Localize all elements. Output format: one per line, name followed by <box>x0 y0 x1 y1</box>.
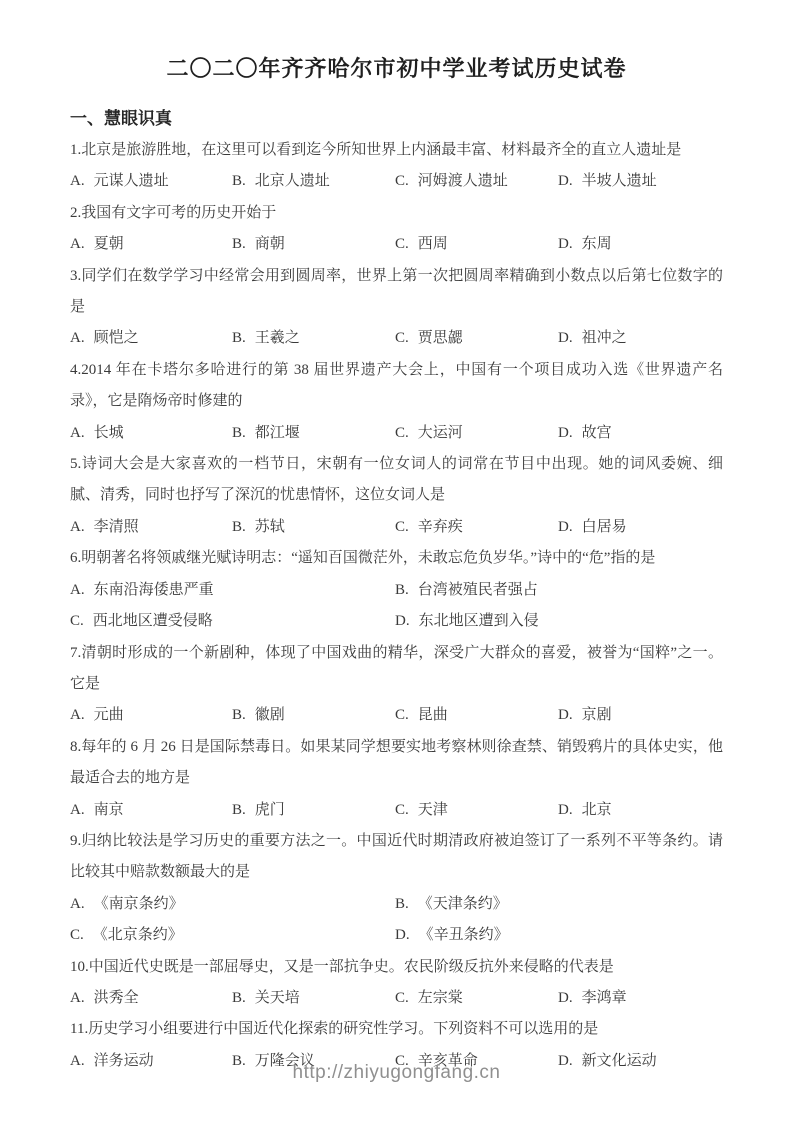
option-text: 左宗棠 <box>418 983 463 1014</box>
option-label: B. <box>232 983 246 1014</box>
option-label: C. <box>70 920 84 951</box>
option-b: B.都江堰 <box>232 418 395 449</box>
option-text: 王羲之 <box>255 323 300 354</box>
option-label: C. <box>395 983 409 1014</box>
options-row: A.南京 B.虎门 C.天津 D.北京 <box>70 795 723 826</box>
option-a: A.李清照 <box>70 512 232 543</box>
option-label: C. <box>395 512 409 543</box>
option-text: 北京 <box>582 795 612 826</box>
options-row: A.洪秀全 B.关天培 C.左宗棠 D.李鸿章 <box>70 983 723 1014</box>
option-c: C.左宗棠 <box>395 983 558 1014</box>
options-row: A.李清照 B.苏轼 C.辛弃疾 D.白居易 <box>70 512 723 543</box>
option-text: 台湾被殖民者强占 <box>418 575 538 606</box>
option-d: D.北京 <box>558 795 723 826</box>
question-list: 1.北京是旅游胜地，在这里可以看到迄今所知世界上内涵最丰富、材料最齐全的直立人遗… <box>70 135 723 1077</box>
option-b: B.台湾被殖民者强占 <box>395 575 723 606</box>
option-label: D. <box>558 983 573 1014</box>
question-1: 1.北京是旅游胜地，在这里可以看到迄今所知世界上内涵最丰富、材料最齐全的直立人遗… <box>70 135 723 198</box>
option-c: C.河姆渡人遗址 <box>395 166 558 197</box>
options-row: A.元谋人遗址 B.北京人遗址 C.河姆渡人遗址 D.半坡人遗址 <box>70 166 723 197</box>
option-text: 商朝 <box>255 229 285 260</box>
option-text: 西周 <box>418 229 448 260</box>
option-text: 大运河 <box>418 418 463 449</box>
option-label: D. <box>558 166 573 197</box>
option-text: 东北地区遭到入侵 <box>419 606 539 637</box>
option-text: 东周 <box>582 229 612 260</box>
option-label: A. <box>70 166 85 197</box>
option-label: A. <box>70 229 85 260</box>
option-c: C.大运河 <box>395 418 558 449</box>
option-label: B. <box>232 418 246 449</box>
option-label: B. <box>232 512 246 543</box>
option-text: 关天培 <box>255 983 300 1014</box>
option-text: 河姆渡人遗址 <box>418 166 508 197</box>
options-row: A.《南京条约》 B.《天津条约》 C.《北京条约》 D.《辛丑条约》 <box>70 889 723 952</box>
question-stem: 3.同学们在数学学习中经常会用到圆周率，世界上第一次把圆周率精确到小数点以后第七… <box>70 261 723 324</box>
option-label: C. <box>395 418 409 449</box>
option-text: 李鸿章 <box>582 983 627 1014</box>
option-d: D.白居易 <box>558 512 723 543</box>
option-c: C.昆曲 <box>395 700 558 731</box>
option-a: A.元曲 <box>70 700 232 731</box>
option-text: 长城 <box>94 418 124 449</box>
option-label: B. <box>232 166 246 197</box>
option-text: 李清照 <box>94 512 139 543</box>
question-stem: 2.我国有文字可考的历史开始于 <box>70 198 723 229</box>
option-text: 故宫 <box>582 418 612 449</box>
question-3: 3.同学们在数学学习中经常会用到圆周率，世界上第一次把圆周率精确到小数点以后第七… <box>70 261 723 355</box>
option-text: 天津 <box>418 795 448 826</box>
page-content: 二〇二〇年齐齐哈尔市初中学业考试历史试卷 一、慧眼识真 1.北京是旅游胜地，在这… <box>0 54 793 1077</box>
option-label: D. <box>558 512 573 543</box>
options-row: A.顾恺之 B.王羲之 C.贾思勰 D.祖冲之 <box>70 323 723 354</box>
option-text: 《辛丑条约》 <box>419 920 509 951</box>
option-label: D. <box>395 920 410 951</box>
page-title: 二〇二〇年齐齐哈尔市初中学业考试历史试卷 <box>70 54 723 84</box>
option-label: D. <box>558 418 573 449</box>
option-text: 虎门 <box>255 795 285 826</box>
option-text: 都江堰 <box>255 418 300 449</box>
question-5: 5.诗词大会是大家喜欢的一档节日，宋朝有一位女词人的词常在节目中出现。她的词风委… <box>70 449 723 543</box>
question-9: 9.归纳比较法是学习历史的重要方法之一。中国近代时期清政府被迫签订了一系列不平等… <box>70 826 723 952</box>
question-stem: 11.历史学习小组要进行中国近代化探索的研究性学习。下列资料不可以选用的是 <box>70 1014 723 1045</box>
options-row: A.长城 B.都江堰 C.大运河 D.故宫 <box>70 418 723 449</box>
option-d: D.《辛丑条约》 <box>395 920 723 951</box>
watermark-url: http://zhiyugongfang.cn <box>0 1062 793 1084</box>
option-b: B.虎门 <box>232 795 395 826</box>
option-label: D. <box>558 795 573 826</box>
option-b: B.《天津条约》 <box>395 889 723 920</box>
option-label: C. <box>395 700 409 731</box>
option-label: B. <box>232 323 246 354</box>
option-c: C.辛弃疾 <box>395 512 558 543</box>
option-b: B.关天培 <box>232 983 395 1014</box>
option-a: A.南京 <box>70 795 232 826</box>
option-a: A.东南沿海倭患严重 <box>70 575 395 606</box>
option-text: 元谋人遗址 <box>94 166 169 197</box>
option-text: 贾思勰 <box>418 323 463 354</box>
question-8: 8.每年的 6 月 26 日是国际禁毒日。如果某同学想要实地考察林则徐查禁、销毁… <box>70 732 723 826</box>
options-row: A.东南沿海倭患严重 B.台湾被殖民者强占 C.西北地区遭受侵略 D.东北地区遭… <box>70 575 723 638</box>
option-label: D. <box>558 700 573 731</box>
question-stem: 10.中国近代史既是一部屈辱史，又是一部抗争史。农民阶级反抗外来侵略的代表是 <box>70 952 723 983</box>
option-text: 东南沿海倭患严重 <box>94 575 214 606</box>
option-text: 《天津条约》 <box>418 889 508 920</box>
option-text: 京剧 <box>582 700 612 731</box>
option-label: A. <box>70 575 85 606</box>
option-text: 白居易 <box>582 512 627 543</box>
question-stem: 8.每年的 6 月 26 日是国际禁毒日。如果某同学想要实地考察林则徐查禁、销毁… <box>70 732 723 795</box>
option-d: D.祖冲之 <box>558 323 723 354</box>
question-stem: 1.北京是旅游胜地，在这里可以看到迄今所知世界上内涵最丰富、材料最齐全的直立人遗… <box>70 135 723 166</box>
option-text: 苏轼 <box>255 512 285 543</box>
exam-paper-page: 二〇二〇年齐齐哈尔市初中学业考试历史试卷 一、慧眼识真 1.北京是旅游胜地，在这… <box>0 0 793 1122</box>
option-text: 夏朝 <box>94 229 124 260</box>
option-b: B.商朝 <box>232 229 395 260</box>
option-label: B. <box>232 700 246 731</box>
option-d: D.故宫 <box>558 418 723 449</box>
option-text: 徽剧 <box>255 700 285 731</box>
option-text: 元曲 <box>94 700 124 731</box>
option-c: C.贾思勰 <box>395 323 558 354</box>
option-label: A. <box>70 323 85 354</box>
option-d: D.李鸿章 <box>558 983 723 1014</box>
option-label: C. <box>395 795 409 826</box>
option-b: B.苏轼 <box>232 512 395 543</box>
option-label: A. <box>70 512 85 543</box>
option-label: C. <box>395 323 409 354</box>
question-stem: 9.归纳比较法是学习历史的重要方法之一。中国近代时期清政府被迫签订了一系列不平等… <box>70 826 723 889</box>
option-b: B.北京人遗址 <box>232 166 395 197</box>
question-7: 7.清朝时形成的一个新剧种，体现了中国戏曲的精华，深受广大群众的喜爱，被誉为“国… <box>70 638 723 732</box>
option-text: 南京 <box>94 795 124 826</box>
option-label: C. <box>395 229 409 260</box>
option-text: 昆曲 <box>418 700 448 731</box>
option-c: C.《北京条约》 <box>70 920 395 951</box>
option-a: A.顾恺之 <box>70 323 232 354</box>
option-a: A.长城 <box>70 418 232 449</box>
option-text: 《北京条约》 <box>93 920 183 951</box>
option-c: C.天津 <box>395 795 558 826</box>
question-2: 2.我国有文字可考的历史开始于 A.夏朝 B.商朝 C.西周 D.东周 <box>70 198 723 261</box>
options-row: A.元曲 B.徽剧 C.昆曲 D.京剧 <box>70 700 723 731</box>
option-label: A. <box>70 418 85 449</box>
question-stem: 5.诗词大会是大家喜欢的一档节日，宋朝有一位女词人的词常在节目中出现。她的词风委… <box>70 449 723 512</box>
option-label: A. <box>70 889 85 920</box>
option-label: A. <box>70 983 85 1014</box>
option-d: D.半坡人遗址 <box>558 166 723 197</box>
option-label: A. <box>70 795 85 826</box>
options-row: A.夏朝 B.商朝 C.西周 D.东周 <box>70 229 723 260</box>
section-heading: 一、慧眼识真 <box>70 107 723 131</box>
option-text: 《南京条约》 <box>94 889 184 920</box>
question-stem: 7.清朝时形成的一个新剧种，体现了中国戏曲的精华，深受广大群众的喜爱，被誉为“国… <box>70 638 723 701</box>
option-text: 祖冲之 <box>582 323 627 354</box>
option-label: C. <box>70 606 84 637</box>
option-c: C.西北地区遭受侵略 <box>70 606 395 637</box>
option-label: B. <box>395 889 409 920</box>
option-label: D. <box>558 323 573 354</box>
option-text: 西北地区遭受侵略 <box>93 606 213 637</box>
option-d: D.东周 <box>558 229 723 260</box>
option-label: B. <box>395 575 409 606</box>
option-b: B.王羲之 <box>232 323 395 354</box>
option-a: A.《南京条约》 <box>70 889 395 920</box>
option-label: C. <box>395 166 409 197</box>
option-c: C.西周 <box>395 229 558 260</box>
option-label: B. <box>232 795 246 826</box>
option-label: D. <box>395 606 410 637</box>
question-10: 10.中国近代史既是一部屈辱史，又是一部抗争史。农民阶级反抗外来侵略的代表是 A… <box>70 952 723 1015</box>
option-d: D.京剧 <box>558 700 723 731</box>
option-label: D. <box>558 229 573 260</box>
question-4: 4.2014 年在卡塔尔多哈进行的第 38 届世界遗产大会上，中国有一个项目成功… <box>70 355 723 449</box>
question-6: 6.明朝著名将领戚继光赋诗明志：“遥知百国微茫外，未敢忘危负岁华。”诗中的“危”… <box>70 543 723 637</box>
option-a: A.夏朝 <box>70 229 232 260</box>
question-stem: 4.2014 年在卡塔尔多哈进行的第 38 届世界遗产大会上，中国有一个项目成功… <box>70 355 723 418</box>
option-label: A. <box>70 700 85 731</box>
option-text: 辛弃疾 <box>418 512 463 543</box>
option-text: 半坡人遗址 <box>582 166 657 197</box>
option-d: D.东北地区遭到入侵 <box>395 606 723 637</box>
option-a: A.洪秀全 <box>70 983 232 1014</box>
option-text: 顾恺之 <box>94 323 139 354</box>
option-b: B.徽剧 <box>232 700 395 731</box>
option-text: 洪秀全 <box>94 983 139 1014</box>
question-stem: 6.明朝著名将领戚继光赋诗明志：“遥知百国微茫外，未敢忘危负岁华。”诗中的“危”… <box>70 543 723 574</box>
option-label: B. <box>232 229 246 260</box>
option-a: A.元谋人遗址 <box>70 166 232 197</box>
option-text: 北京人遗址 <box>255 166 330 197</box>
